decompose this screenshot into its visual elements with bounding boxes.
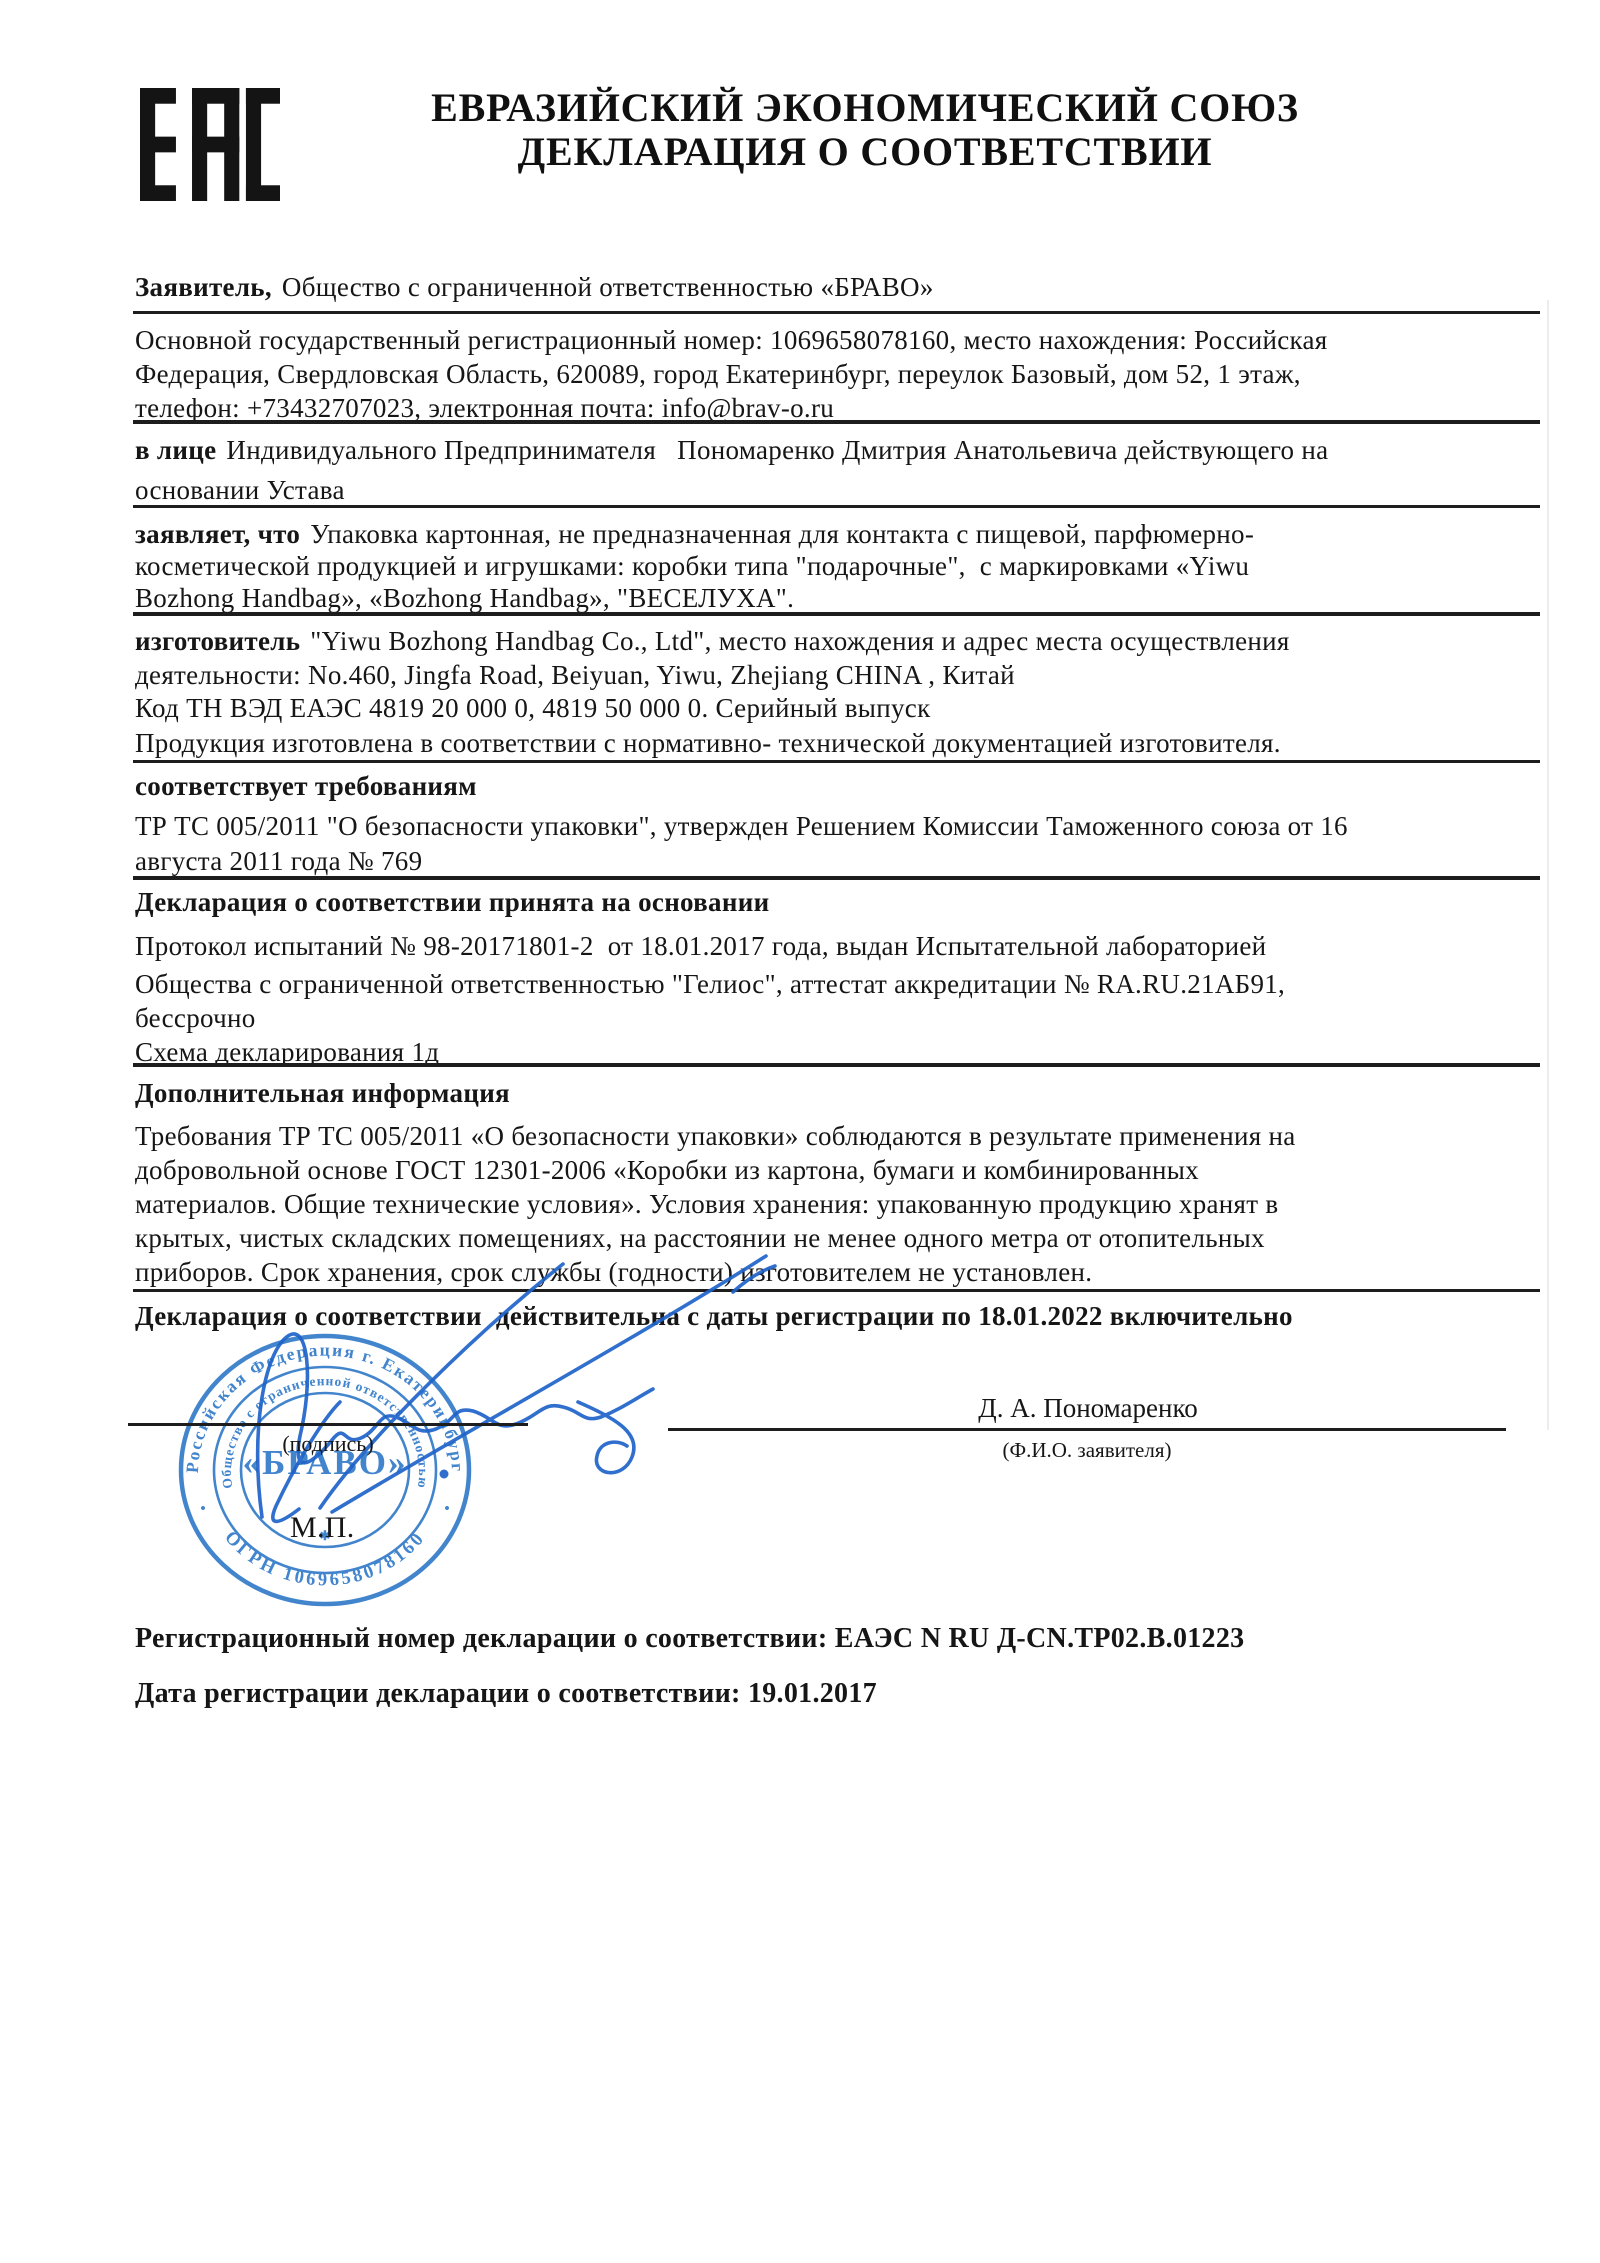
declaration-document: ЕВРАЗИЙСКИЙ ЭКОНОМИЧЕСКИЙ СОЮЗ ДЕКЛАРАЦИ… [0,0,1600,2263]
name-line [668,1428,1506,1431]
title-line-1: ЕВРАЗИЙСКИЙ ЭКОНОМИЧЕСКИЙ СОЮЗ [280,84,1450,131]
representative-line: основании Устава [135,473,345,507]
registration-number-label: Регистрационный номер декларации о соотв… [135,1623,827,1654]
manufacturer-row: изготовитель"Yiwu Bozhong Handbag Co., L… [135,624,1290,658]
registration-number-row: Регистрационный номер декларации о соотв… [135,1622,1244,1656]
manufacturer-line: деятельности: No.460, Jingfa Road, Beiyu… [135,658,1015,692]
eac-logo-icon [140,88,280,201]
representative-row: в лицеИндивидуального Предпринимателя По… [135,433,1328,467]
registration-date-value: 19.01.2017 [748,1678,877,1709]
manufacturer-line: "Yiwu Bozhong Handbag Co., Ltd", место н… [310,626,1289,656]
declares-label: заявляет, что [135,519,300,549]
applicant-label: Заявитель, [135,272,272,302]
signer-name: Д. А. Пономаренко [668,1393,1508,1424]
applicant-value: Общество с ограниченной ответственностью… [282,272,934,302]
title-line-2: ДЕКЛАРАЦИЯ О СООТВЕТСТВИИ [280,128,1450,175]
requirements-heading: соответствует требованиям [135,769,477,803]
additional-info-line: добровольной основе ГОСТ 12301-2006 «Кор… [135,1153,1199,1187]
registration-date-label: Дата регистрации декларации о соответств… [135,1678,741,1709]
tnved-code-line: Код ТН ВЭД ЕАЭС 4819 20 000 0, 4819 50 0… [135,691,931,725]
registration-date-row: Дата регистрации декларации о соответств… [135,1677,877,1711]
name-caption: (Ф.И.О. заявителя) [668,1438,1506,1463]
divider [133,876,1540,880]
manufacturer-line: Продукция изготовлена в соответствии с н… [135,726,1281,760]
divider [133,420,1540,424]
registration-number-value: ЕАЭС N RU Д-CN.ТР02.В.01223 [835,1623,1245,1654]
divider [133,505,1540,508]
additional-info-line: материалов. Общие технические условия». … [135,1187,1278,1221]
divider [133,612,1540,616]
representative-line: Индивидуального Предпринимателя Пономаре… [226,435,1328,465]
basis-heading: Декларация о соответствии принята на осн… [135,885,769,919]
basis-line: бессрочно [135,1001,256,1035]
signature-caption: (подпись) [128,1431,528,1457]
requirements-line: ТР ТС 005/2011 "О безопасности упаковки"… [135,809,1348,843]
additional-info-line: Требования ТР ТС 005/2011 «О безопасност… [135,1119,1296,1153]
declares-line: косметической продукцией и игрушками: ко… [135,549,1249,583]
divider [133,311,1540,314]
divider [133,760,1540,763]
applicant-details-line: Федерация, Свердловская Область, 620089,… [135,357,1301,391]
representative-label: в лице [135,435,216,465]
signature-line [128,1423,528,1426]
declares-line: Bozhong Handbag», «Bozhong Handbag», "ВЕ… [135,581,794,615]
basis-line: Общества с ограниченной ответственностью… [135,967,1285,1001]
scan-artifact-line [1547,300,1549,1430]
stamp-place-label: М.П. [290,1511,355,1545]
divider [133,1063,1540,1067]
requirements-line: августа 2011 года № 769 [135,844,422,878]
manufacturer-label: изготовитель [135,626,300,656]
applicant-row: Заявитель,Общество с ограниченной ответс… [135,270,934,304]
basis-line: Протокол испытаний № 98-20171801-2 от 18… [135,929,1266,963]
declares-row: заявляет, чтоУпаковка картонная, не пред… [135,517,1254,551]
declares-line: Упаковка картонная, не предназначенная д… [310,519,1254,549]
additional-info-heading: Дополнительная информация [135,1076,510,1110]
applicant-details-line: Основной государственный регистрационный… [135,323,1328,357]
